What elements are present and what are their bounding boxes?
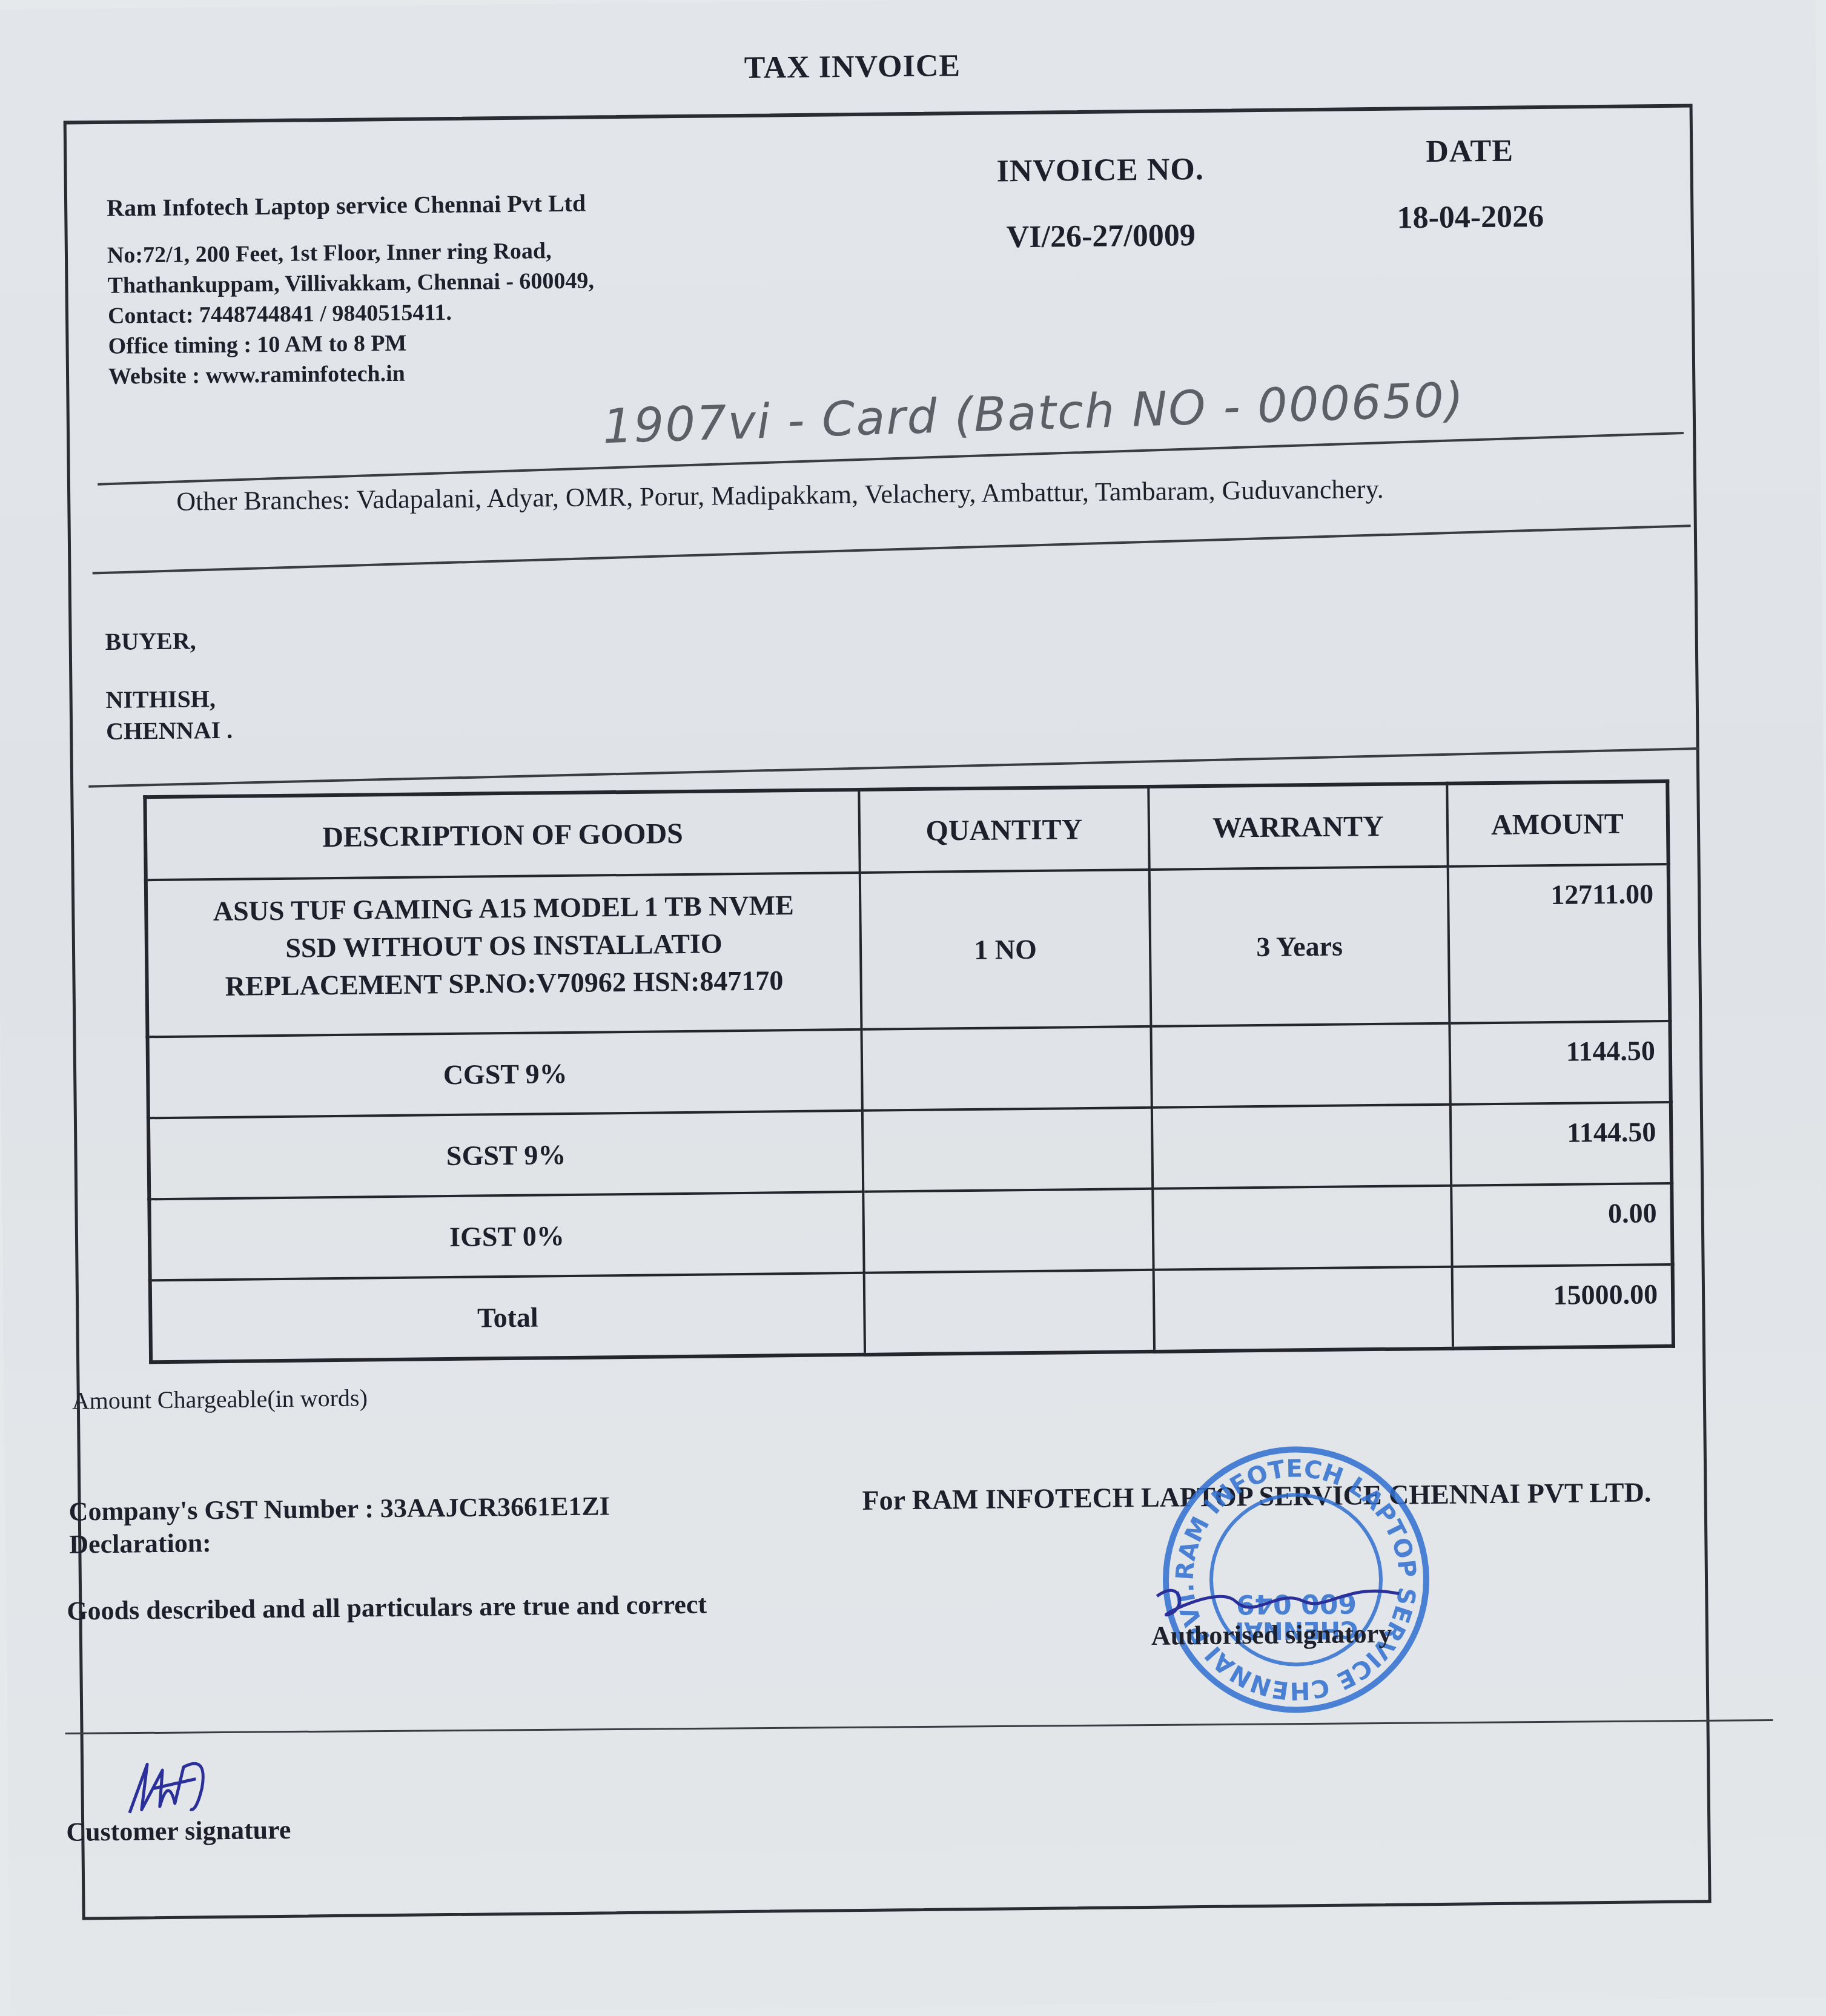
- invoice-date-block: DATE 18-04-2026: [1396, 133, 1544, 236]
- company-stamp-icon: RAM INFOTECH LAPTOP SERVICE CHENNAI PVT.…: [1143, 1436, 1449, 1724]
- item-description-line: REPLACEMENT SP.NO:V70962 HSN:847170: [162, 961, 847, 1006]
- total-label: Total: [150, 1273, 865, 1362]
- header-description: DESCRIPTION OF GOODS: [145, 790, 859, 880]
- buyer-info: BUYER, NITHISH, CHENNAI .: [105, 625, 233, 747]
- sgst-label: SGST 9%: [148, 1111, 863, 1199]
- item-amount: 12711.00: [1448, 864, 1670, 1023]
- table-row: IGST 0% 0.00: [149, 1183, 1672, 1280]
- cgst-label: CGST 9%: [148, 1029, 862, 1118]
- header-warranty: WARRANTY: [1148, 784, 1447, 870]
- buyer-label: BUYER,: [105, 625, 231, 658]
- seller-info: Ram Infotech Laptop service Chennai Pvt …: [107, 188, 595, 391]
- header-amount: AMOUNT: [1447, 781, 1668, 867]
- invoice-number: VI/26-27/0009: [997, 217, 1205, 256]
- table-row: CGST 9% 1144.50: [148, 1021, 1671, 1118]
- table-row: ASUS TUF GAMING A15 MODEL 1 TB NVME SSD …: [146, 864, 1670, 1037]
- item-quantity: 1 NO: [860, 870, 1151, 1029]
- gst-declaration: Company's GST Number : 33AAJCR3661E1ZI D…: [68, 1490, 610, 1561]
- customer-signature-icon: [117, 1751, 227, 1819]
- total-amount: 15000.00: [1452, 1264, 1673, 1349]
- table-header-row: DESCRIPTION OF GOODS QUANTITY WARRANTY A…: [145, 781, 1668, 880]
- document-title: TAX INVOICE: [744, 48, 961, 86]
- seller-website: Website : www.raminfotech.in: [108, 356, 595, 391]
- total-row: Total 15000.00: [150, 1264, 1673, 1362]
- customer-signature-label: Customer signature: [66, 1814, 291, 1848]
- igst-label: IGST 0%: [149, 1192, 864, 1280]
- seller-office-timing: Office timing : 10 AM to 8 PM: [108, 326, 595, 361]
- item-warranty: 3 Years: [1150, 867, 1450, 1026]
- seller-address-line1: No:72/1, 200 Feet, 1st Floor, Inner ring…: [107, 235, 594, 270]
- authorised-signatory-label: Authorised signatory: [1151, 1618, 1392, 1651]
- seller-contact: Contact: 7448744841 / 9840515411.: [108, 296, 595, 331]
- goods-table: DESCRIPTION OF GOODS QUANTITY WARRANTY A…: [143, 779, 1675, 1364]
- sgst-amount: 1144.50: [1451, 1102, 1672, 1186]
- seller-name: Ram Infotech Laptop service Chennai Pvt …: [107, 188, 594, 223]
- buyer-city: CHENNAI .: [106, 715, 233, 747]
- company-gst-number: Company's GST Number : 33AAJCR3661E1ZI: [68, 1490, 610, 1528]
- buyer-name: NITHISH,: [105, 683, 232, 716]
- header-quantity: QUANTITY: [859, 787, 1149, 873]
- item-description-line: SSD WITHOUT OS INSTALLATIO: [162, 924, 847, 968]
- declaration-label: Declaration:: [69, 1522, 610, 1561]
- stamp-pin: 600 049: [1236, 1587, 1357, 1619]
- igst-amount: 0.00: [1451, 1183, 1672, 1267]
- invoice-date: 18-04-2026: [1397, 199, 1544, 236]
- item-description: ASUS TUF GAMING A15 MODEL 1 TB NVME SSD …: [146, 873, 862, 1037]
- cgst-amount: 1144.50: [1449, 1021, 1670, 1105]
- invoice-number-label: INVOICE NO.: [996, 151, 1204, 190]
- invoice-date-label: DATE: [1396, 133, 1543, 170]
- seller-address-line2: Thathankuppam, Villivakkam, Chennai - 60…: [107, 265, 594, 300]
- invoice-number-block: INVOICE NO. VI/26-27/0009: [996, 151, 1205, 256]
- amount-in-words-label: Amount Chargeable(in words): [72, 1383, 368, 1415]
- table-row: SGST 9% 1144.50: [148, 1102, 1672, 1199]
- invoice-page: TAX INVOICE Ram Infotech Laptop service …: [0, 0, 1826, 2006]
- item-description-line: ASUS TUF GAMING A15 MODEL 1 TB NVME: [161, 886, 846, 931]
